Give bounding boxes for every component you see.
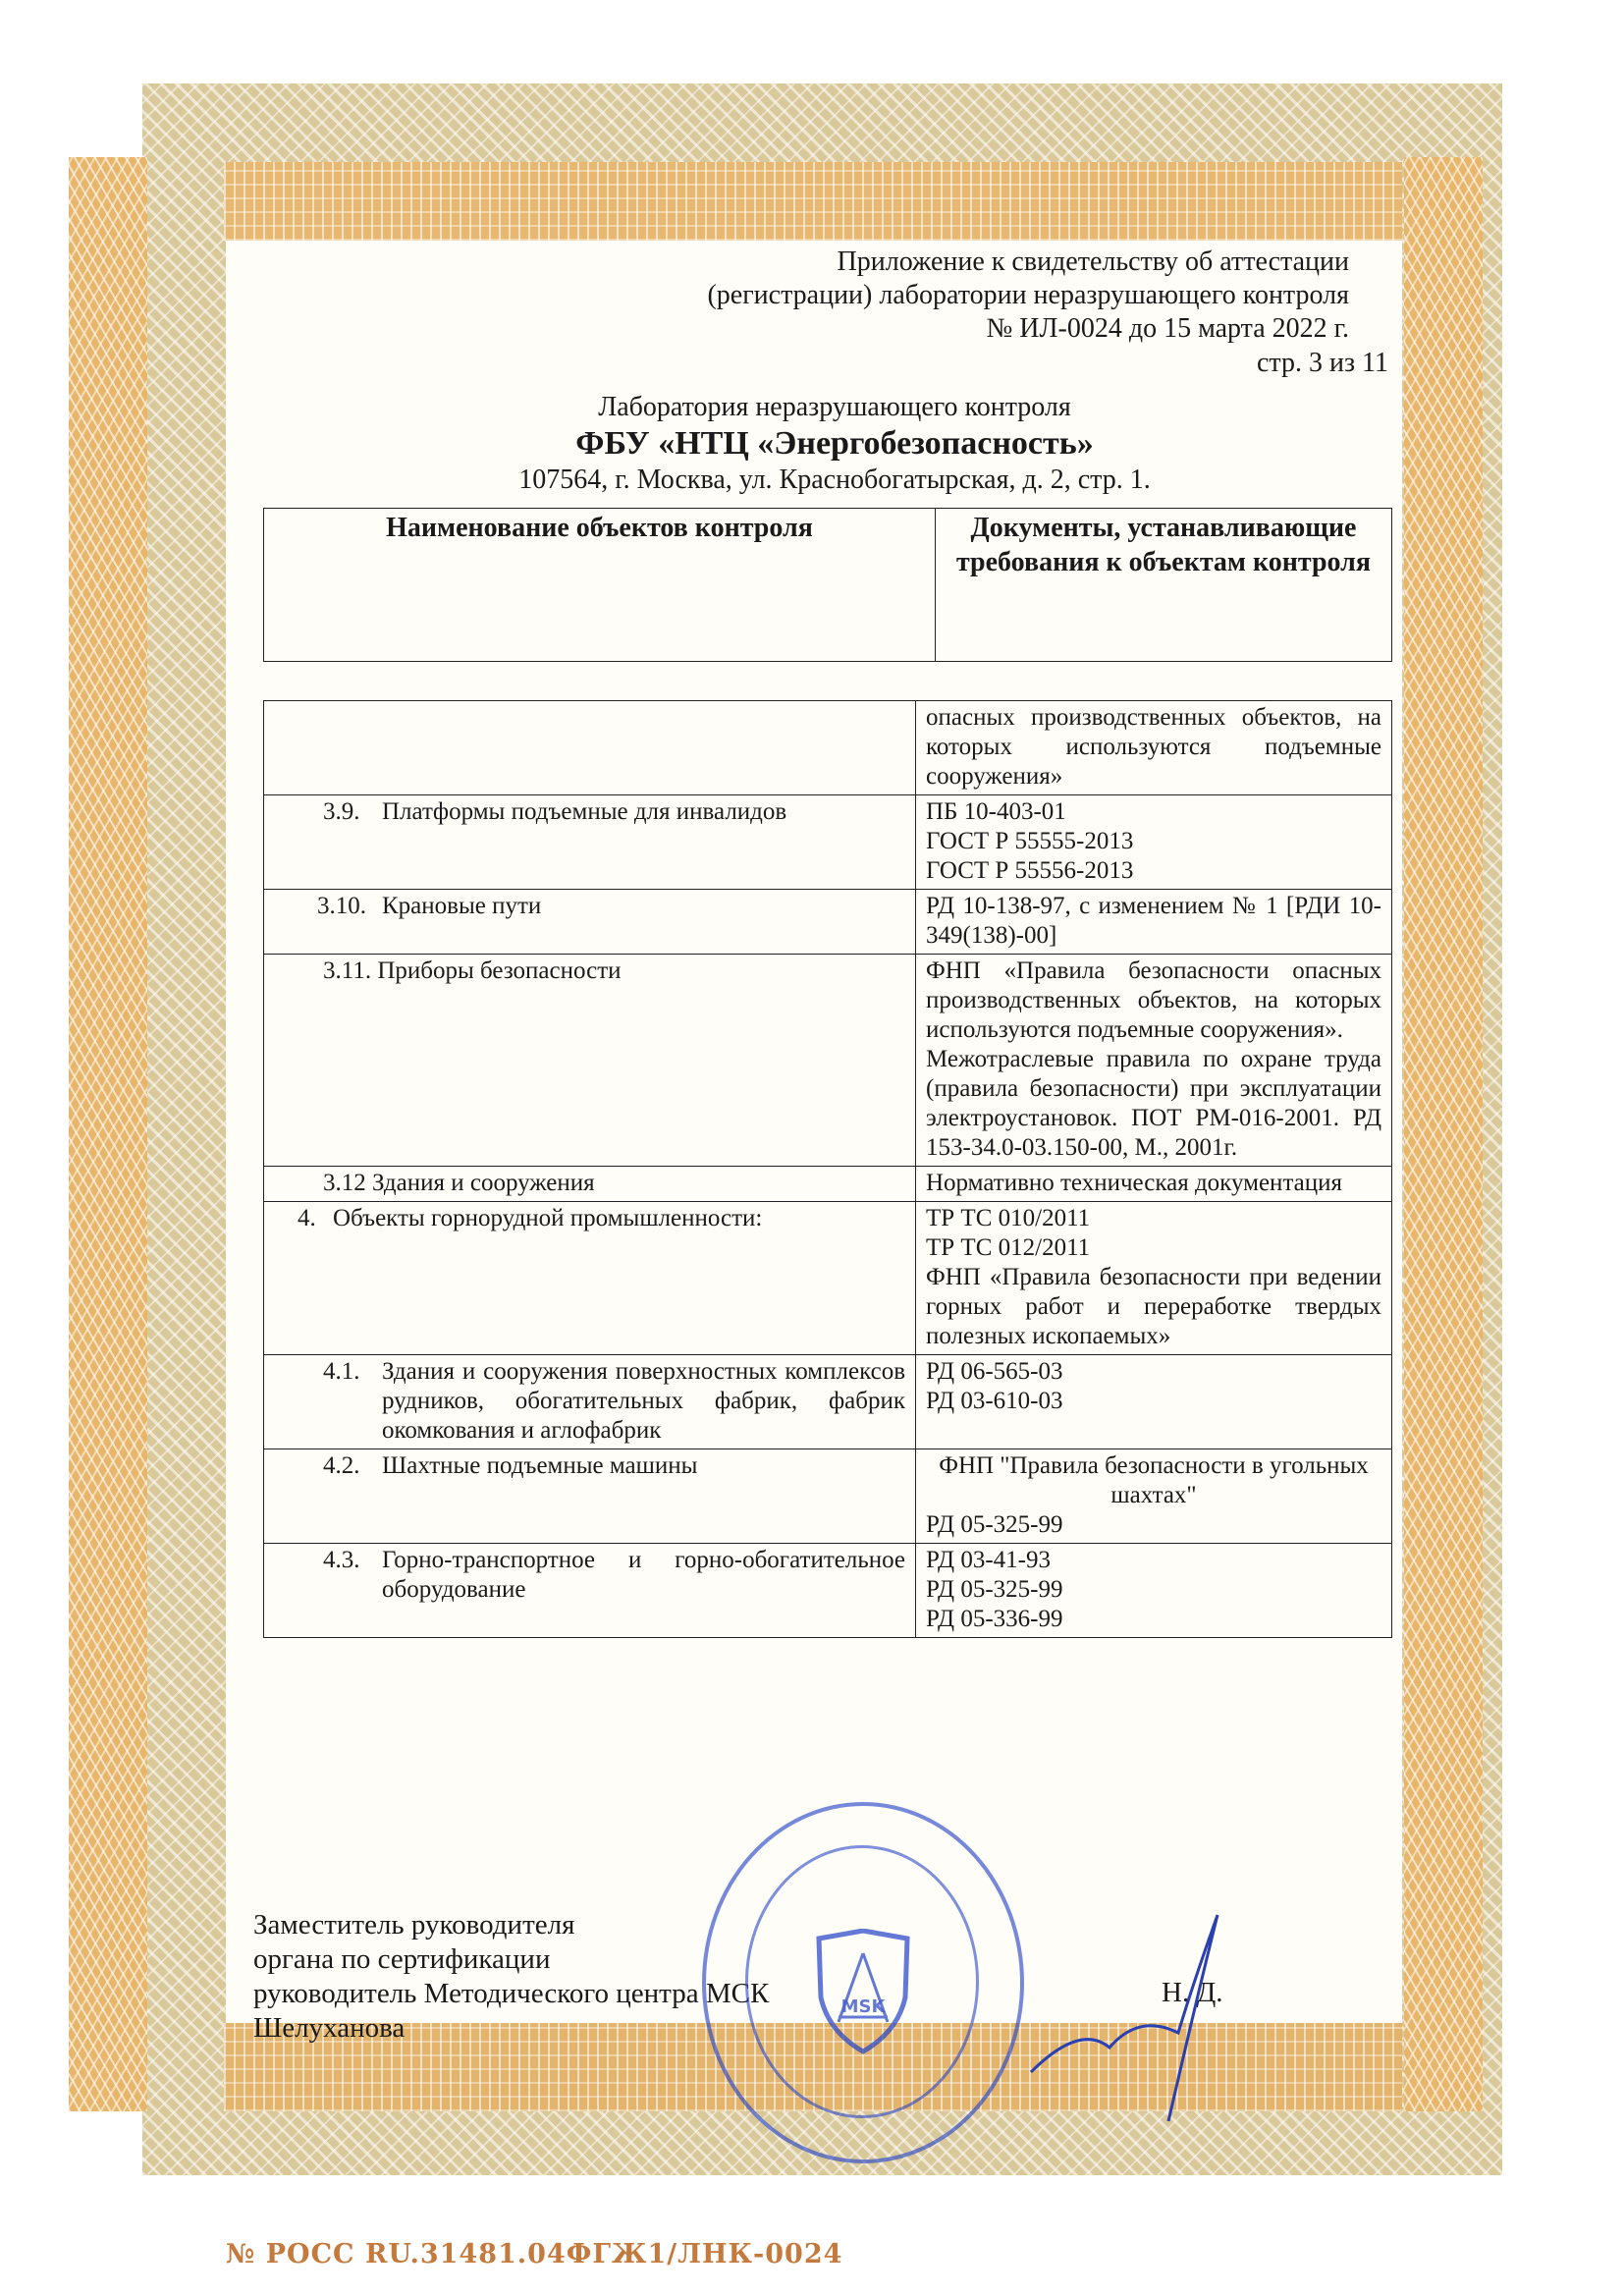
document-reference: ТР ТС 010/2011 bbox=[926, 1204, 1381, 1233]
lab-title: Лаборатория неразрушающего контроля bbox=[265, 391, 1404, 424]
document-reference: ГОСТ Р 55555-2013 bbox=[926, 827, 1381, 856]
object-cell: 4.3.Горно-транспортное и горно-обогатите… bbox=[264, 1544, 916, 1638]
document-reference: РД 03-41-93 bbox=[926, 1546, 1381, 1575]
object-cell: 4.Объекты горнорудной промышленности: bbox=[264, 1202, 916, 1355]
documents-cell: опасных производственных объектов, на ко… bbox=[916, 701, 1392, 795]
item-number: 3.11. bbox=[323, 957, 371, 984]
certificate-border-left-ribbon bbox=[69, 157, 147, 2111]
item-name: Крановые пути bbox=[382, 892, 905, 921]
object-cell: 3.12 Здания и сооружения bbox=[264, 1167, 916, 1202]
table-row: 3.10.Крановые путиРД 10-138-97, с измене… bbox=[264, 890, 1392, 955]
appendix-line: (регистрации) лаборатории неразрушающего… bbox=[707, 279, 1349, 312]
column-header-objects: Наименование объектов контроля bbox=[264, 509, 936, 662]
item-name: Здания и сооружения поверхностных компле… bbox=[382, 1357, 905, 1446]
item-number: 4. bbox=[274, 1204, 333, 1233]
document-reference: ФНП «Правила безопасности при ведении го… bbox=[926, 1263, 1381, 1351]
document-reference: ГОСТ Р 55556-2013 bbox=[926, 856, 1381, 886]
signer-title-line: руководитель Методического центра МСК bbox=[253, 1977, 769, 2011]
document-reference: РД 05-325-99 bbox=[926, 1575, 1381, 1605]
object-cell: 3.10.Крановые пути bbox=[264, 890, 916, 955]
document-reference: РД 05-325-99 bbox=[926, 1510, 1381, 1540]
item-number: 3.10. bbox=[274, 892, 382, 921]
documents-cell: ПБ 10-403-01ГОСТ Р 55555-2013ГОСТ Р 5555… bbox=[916, 795, 1392, 890]
signature-block: Заместитель руководителя органа по серти… bbox=[253, 1908, 769, 2046]
item-number: 3.12 bbox=[323, 1170, 366, 1196]
document-reference: Межотраслевые правила по охране труда (п… bbox=[926, 1045, 1381, 1163]
column-header-documents: Документы, устанавливающие требования к … bbox=[936, 509, 1392, 662]
object-cell: 4.2.Шахтные подъемные машины bbox=[264, 1449, 916, 1544]
document-reference: ПБ 10-403-01 bbox=[926, 797, 1381, 827]
documents-cell: РД 10-138-97, с изменением № 1 [РДИ 10-3… bbox=[916, 890, 1392, 955]
organization-name: ФБУ «НТЦ «Энергобезопасность» bbox=[265, 424, 1404, 464]
signer-title-line: органа по сертификации bbox=[253, 1942, 769, 1977]
shield-icon: MSK bbox=[809, 1929, 917, 2056]
object-cell: 4.1.Здания и сооружения поверхностных ко… bbox=[264, 1355, 916, 1449]
documents-cell: РД 06-565-03РД 03-610-03 bbox=[916, 1355, 1392, 1449]
registration-number: № РОСС RU.31481.04ФГЖ1/ЛНК-0024 bbox=[226, 2239, 842, 2269]
document-reference: РД 10-138-97, с изменением № 1 [РДИ 10-3… bbox=[926, 892, 1381, 951]
documents-cell: ФНП "Правила безопасности в угольных шах… bbox=[916, 1449, 1392, 1544]
object-cell: 3.9.Платформы подъемные для инвалидов bbox=[264, 795, 916, 890]
item-number: 4.3. bbox=[274, 1546, 382, 1605]
signer-title-line: Заместитель руководителя bbox=[253, 1908, 769, 1942]
item-name: Приборы безопасности bbox=[377, 957, 621, 984]
table-header: Наименование объектов контроля Документы… bbox=[263, 508, 1392, 662]
document-reference: ФНП «Правила безопасности опасных произв… bbox=[926, 957, 1381, 1045]
documents-cell: Нормативно техническая документация bbox=[916, 1167, 1392, 1202]
control-objects-table: опасных производственных объектов, на ко… bbox=[263, 700, 1392, 1638]
certificate-border-right-ribbon bbox=[1404, 157, 1483, 2111]
documents-cell: РД 03-41-93РД 05-325-99РД 05-336-99 bbox=[916, 1544, 1392, 1638]
document-reference: опасных производственных объектов, на ко… bbox=[926, 703, 1381, 792]
organization-address: 107564, г. Москва, ул. Краснобогатырская… bbox=[265, 464, 1404, 497]
table-row: 4.1.Здания и сооружения поверхностных ко… bbox=[264, 1355, 1392, 1449]
table-row: опасных производственных объектов, на ко… bbox=[264, 701, 1392, 795]
item-name: Горно-транспортное и горно-обогатительно… bbox=[382, 1546, 905, 1605]
appendix-heading: Приложение к свидетельству об аттестации… bbox=[707, 246, 1349, 346]
item-name: Объекты горнорудной промышленности: bbox=[333, 1204, 905, 1233]
laboratory-block: Лаборатория неразрушающего контроля ФБУ … bbox=[265, 391, 1404, 497]
item-number: 4.1. bbox=[274, 1357, 382, 1446]
table-row: 3.11. Приборы безопасностиФНП «Правила б… bbox=[264, 955, 1392, 1167]
stamp-emblem-text: MSK bbox=[841, 1996, 887, 2017]
documents-cell: ТР ТС 010/2011ТР ТС 012/2011ФНП «Правила… bbox=[916, 1202, 1392, 1355]
item-name: Шахтные подъемные машины bbox=[382, 1451, 905, 1481]
table-row: 4.2.Шахтные подъемные машиныФНП "Правила… bbox=[264, 1449, 1392, 1544]
certification-stamp: MSK bbox=[702, 1802, 1024, 2163]
item-number: 3.9. bbox=[274, 797, 382, 827]
table-row: 4.3.Горно-транспортное и горно-обогатите… bbox=[264, 1544, 1392, 1638]
documents-cell: ФНП «Правила безопасности опасных произв… bbox=[916, 955, 1392, 1167]
document-reference: РД 05-336-99 bbox=[926, 1605, 1381, 1634]
document-reference: РД 03-610-03 bbox=[926, 1387, 1381, 1416]
stamp-shield-emblem: MSK bbox=[809, 1929, 917, 2037]
document-reference: ФНП "Правила безопасности в угольных шах… bbox=[926, 1451, 1381, 1510]
table-row: 3.12 Здания и сооруженияНормативно техни… bbox=[264, 1167, 1392, 1202]
signer-surname: Шелуханова bbox=[253, 2011, 769, 2046]
document-reference: ТР ТС 012/2011 bbox=[926, 1233, 1381, 1263]
appendix-line: Приложение к свидетельству об аттестации bbox=[707, 246, 1349, 279]
appendix-line: № ИЛ-0024 до 15 марта 2022 г. bbox=[707, 312, 1349, 346]
table-row: 4.Объекты горнорудной промышленности:ТР … bbox=[264, 1202, 1392, 1355]
document-reference: РД 06-565-03 bbox=[926, 1357, 1381, 1387]
certificate-border-top-ribbon bbox=[224, 162, 1402, 241]
handwritten-signature bbox=[1021, 1876, 1237, 2131]
item-name: Здания и сооружения bbox=[372, 1170, 595, 1196]
object-cell bbox=[264, 701, 916, 795]
table-row: 3.9.Платформы подъемные для инвалидовПБ … bbox=[264, 795, 1392, 890]
item-number: 4.2. bbox=[274, 1451, 382, 1481]
object-cell: 3.11. Приборы безопасности bbox=[264, 955, 916, 1167]
item-name: Платформы подъемные для инвалидов bbox=[382, 797, 905, 827]
document-reference: Нормативно техническая документация bbox=[926, 1169, 1381, 1198]
page-number: стр. 3 из 11 bbox=[1257, 348, 1388, 379]
